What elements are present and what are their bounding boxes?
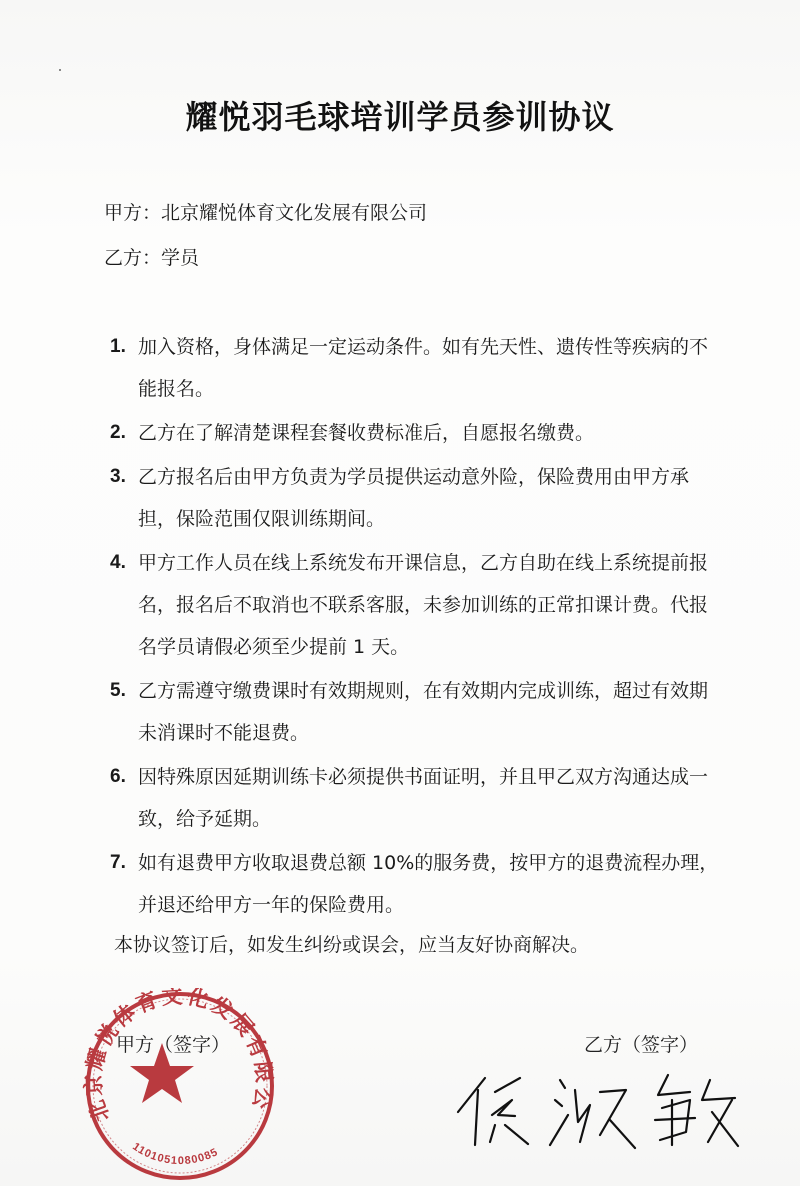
clause-text: 如有退费甲方收取退费总额 10%的服务费，按甲方的退费流程办理，并退还给甲方一年… [138, 852, 718, 916]
clause-number: 5. [110, 670, 126, 712]
clause-item: 2. 乙方在了解清楚课程套餐收费标准后，自愿报名缴费。 [104, 412, 724, 454]
clause-item: 4. 甲方工作人员在线上系统发布开课信息，乙方自助在线上系统提前报名，报名后不取… [104, 542, 724, 668]
clause-text: 甲方工作人员在线上系统发布开课信息，乙方自助在线上系统提前报名，报名后不取消也不… [138, 552, 708, 658]
clause-list: 1. 加入资格，身体满足一定运动条件。如有先天性、遗传性等疾病的不能报名。 2.… [104, 326, 724, 928]
clause-item: 3. 乙方报名后由甲方负责为学员提供运动意外险，保险费用由甲方承担，保险范围仅限… [104, 456, 724, 540]
party-b-line: 乙方：学员 [104, 243, 199, 270]
clause-number: 6. [110, 756, 126, 798]
clause-item: 5. 乙方需遵守缴费课时有效期规则，在有效期内完成训练，超过有效期未消课时不能退… [104, 670, 724, 754]
seal-company-text: 北京耀悦体育文化发展有限公司 [80, 988, 276, 1125]
clause-item: 7. 如有退费甲方收取退费总额 10%的服务费，按甲方的退费流程办理，并退还给甲… [104, 842, 724, 926]
clause-number: 3. [110, 456, 126, 498]
clause-text: 因特殊原因延期训练卡必须提供书面证明，并且甲乙双方沟通达成一致，给予延期。 [138, 766, 708, 830]
clause-number: 1. [110, 326, 126, 368]
clause-number: 2. [110, 412, 126, 454]
clause-text: 乙方需遵守缴费课时有效期规则，在有效期内完成训练，超过有效期未消课时不能退费。 [138, 680, 708, 744]
clause-text: 乙方在了解清楚课程套餐收费标准后，自愿报名缴费。 [138, 422, 594, 444]
svg-text:1101051080085: 1101051080085 [130, 1141, 220, 1168]
clause-text: 加入资格，身体满足一定运动条件。如有先天性、遗传性等疾病的不能报名。 [138, 336, 708, 400]
party-a-line: 甲方：北京耀悦体育文化发展有限公司 [104, 198, 427, 225]
document-page: 耀悦羽毛球培训学员参训协议 甲方：北京耀悦体育文化发展有限公司 乙方：学员 1.… [0, 0, 800, 1186]
clause-item: 1. 加入资格，身体满足一定运动条件。如有先天性、遗传性等疾病的不能报名。 [104, 326, 724, 410]
company-seal-icon: 北京耀悦体育文化发展有限公司 1101051080085 [80, 988, 280, 1184]
paper-speck [59, 69, 61, 71]
clause-number: 4. [110, 542, 126, 584]
signature-b-label: 乙方（签字） [584, 1030, 698, 1057]
seal-registration-number: 1101051080085 [130, 1141, 220, 1168]
clause-number: 7. [110, 842, 126, 884]
svg-text:北京耀悦体育文化发展有限公司: 北京耀悦体育文化发展有限公司 [80, 988, 276, 1125]
clause-item: 6. 因特殊原因延期训练卡必须提供书面证明，并且甲乙双方沟通达成一致，给予延期。 [104, 756, 724, 840]
document-title: 耀悦羽毛球培训学员参训协议 [0, 92, 800, 138]
handwritten-signature-icon [450, 1070, 750, 1170]
closing-statement: 本协议签订后，如发生纠纷或误会，应当友好协商解决。 [114, 930, 589, 957]
clause-text: 乙方报名后由甲方负责为学员提供运动意外险，保险费用由甲方承担，保险范围仅限训练期… [138, 466, 689, 530]
seal-star-icon [130, 1043, 194, 1103]
